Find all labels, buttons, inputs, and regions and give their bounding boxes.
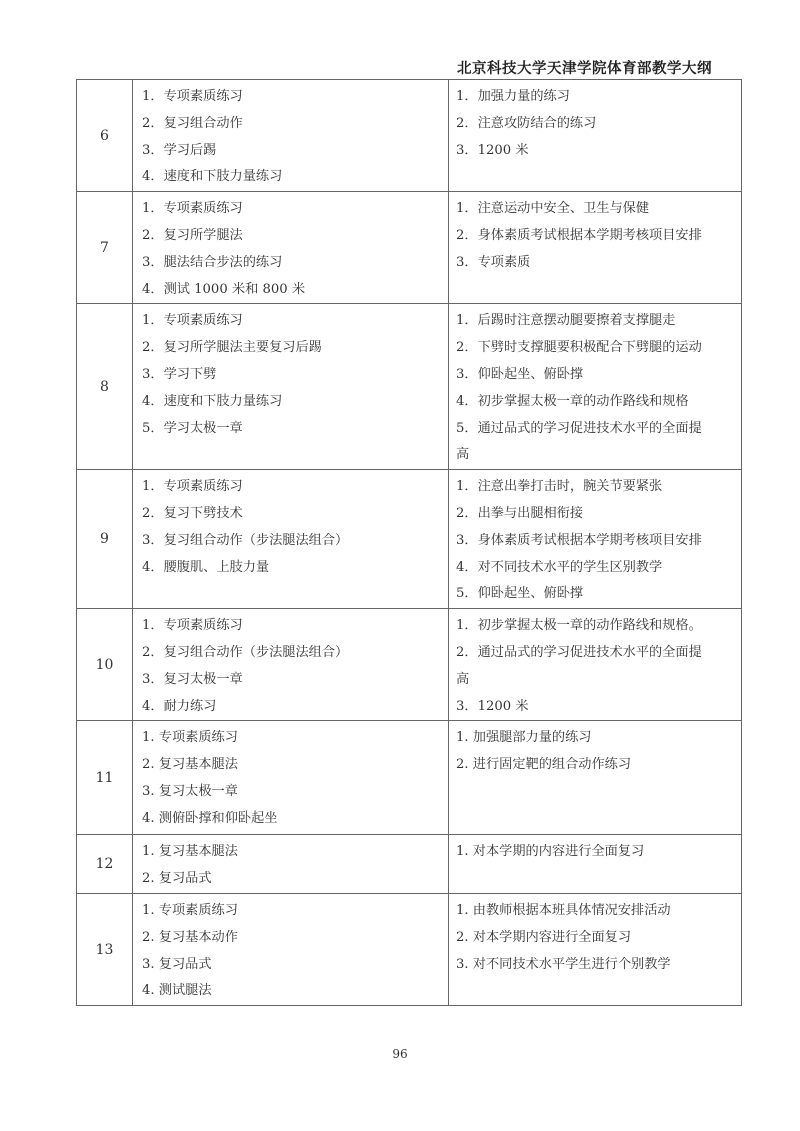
content-item: 4．速度和下肢力量练习 — [142, 164, 448, 191]
content-item: 4．耐力练习 — [142, 694, 448, 721]
teaching-content-cell: 1．专项素质练习 2．复习组合动作 3．学习后踢 4．速度和下肢力量练习 — [133, 80, 449, 192]
content-item: 2．复习下劈技术 — [142, 501, 448, 528]
week-number: 12 — [77, 835, 133, 894]
note-item: 高 — [456, 667, 741, 694]
note-item: 1. 由教师根据本班具体情况安排活动 — [456, 898, 741, 925]
content-item: 3．学习下劈 — [142, 362, 448, 389]
note-item: 2. 对本学期内容进行全面复习 — [456, 925, 741, 952]
notes-cell: 1．注意出拳打击时，腕关节要紧张 2．出拳与出腿相衔接 3．身体素质考试根据本学… — [449, 470, 742, 609]
table-row: 13 1. 专项素质练习 2. 复习基本动作 3. 复习品式 4. 测试腿法 1… — [77, 893, 742, 1005]
note-item: 2．通过品式的学习促进技术水平的全面提 — [456, 640, 741, 667]
content-item: 4．速度和下肢力量练习 — [142, 389, 448, 416]
content-item: 3．复习太极一章 — [142, 667, 448, 694]
note-item: 4．初步掌握太极一章的动作路线和规格 — [456, 389, 741, 416]
note-item: 2．身体素质考试根据本学期考核项目安排 — [456, 223, 741, 250]
content-item: 3. 复习品式 — [142, 952, 448, 979]
teaching-content-cell: 1. 专项素质练习 2. 复习基本腿法 3. 复习太极一章 4. 测俯卧撑和仰卧… — [133, 721, 449, 835]
note-item: 1. 对本学期的内容进行全面复习 — [456, 839, 741, 866]
notes-cell: 1. 对本学期的内容进行全面复习 — [449, 835, 742, 894]
notes-cell: 1．后踢时注意摆动腿要擦着支撑腿走 2．下劈时支撑腿要积极配合下劈腿的运动 3．… — [449, 304, 742, 470]
teaching-plan-table: 6 1．专项素质练习 2．复习组合动作 3．学习后踢 4．速度和下肢力量练习 1… — [76, 79, 742, 1006]
table-row: 8 1．专项素质练习 2．复习所学腿法主要复习后踢 3．学习下劈 4．速度和下肢… — [77, 304, 742, 470]
content-item: 4. 测俯卧撑和仰卧起坐 — [142, 806, 448, 833]
content-item: 4. 测试腿法 — [142, 978, 448, 1005]
teaching-content-cell: 1．专项素质练习 2．复习所学腿法主要复习后踢 3．学习下劈 4．速度和下肢力量… — [133, 304, 449, 470]
notes-cell: 1．注意运动中安全、卫生与保健 2．身体素质考试根据本学期考核项目安排 3．专项… — [449, 192, 742, 304]
note-item: 高 — [456, 442, 741, 469]
table-row: 12 1. 复习基本腿法 2. 复习品式 1. 对本学期的内容进行全面复习 — [77, 835, 742, 894]
note-item: 3．专项素质 — [456, 250, 741, 277]
week-number: 8 — [77, 304, 133, 470]
week-number: 10 — [77, 609, 133, 721]
note-item: 3．身体素质考试根据本学期考核项目安排 — [456, 528, 741, 555]
note-item: 1．后踢时注意摆动腿要擦着支撑腿走 — [456, 308, 741, 335]
content-item: 2．复习组合动作（步法腿法组合） — [142, 640, 448, 667]
note-item: 1. 加强腿部力量的练习 — [456, 725, 741, 752]
content-item: 1．专项素质练习 — [142, 474, 448, 501]
teaching-content-cell: 1. 专项素质练习 2. 复习基本动作 3. 复习品式 4. 测试腿法 — [133, 893, 449, 1005]
content-item: 2. 复习基本腿法 — [142, 752, 448, 779]
notes-cell: 1. 由教师根据本班具体情况安排活动 2. 对本学期内容进行全面复习 3. 对不… — [449, 893, 742, 1005]
teaching-content-cell: 1．专项素质练习 2．复习组合动作（步法腿法组合） 3．复习太极一章 4．耐力练… — [133, 609, 449, 721]
teaching-content-cell: 1．专项素质练习 2．复习下劈技术 3．复习组合动作（步法腿法组合） 4．腰腹肌… — [133, 470, 449, 609]
note-item: 1．注意出拳打击时，腕关节要紧张 — [456, 474, 741, 501]
table-row: 6 1．专项素质练习 2．复习组合动作 3．学习后踢 4．速度和下肢力量练习 1… — [77, 80, 742, 192]
content-item: 1．专项素质练习 — [142, 308, 448, 335]
content-item: 1. 专项素质练习 — [142, 898, 448, 925]
content-item: 1．专项素质练习 — [142, 613, 448, 640]
week-number: 13 — [77, 893, 133, 1005]
page-header: 北京科技大学天津学院体育部教学大纲 — [90, 55, 718, 80]
note-item: 3. 对不同技术水平学生进行个别教学 — [456, 952, 741, 979]
week-number: 7 — [77, 192, 133, 304]
week-number: 6 — [77, 80, 133, 192]
note-item: 2. 进行固定靶的组合动作练习 — [456, 752, 741, 779]
content-item: 2. 复习基本动作 — [142, 925, 448, 952]
week-number: 9 — [77, 470, 133, 609]
content-item: 4．腰腹肌、上肢力量 — [142, 555, 448, 582]
note-item: 1．初步掌握太极一章的动作路线和规格。 — [456, 613, 741, 640]
content-item: 2．复习所学腿法 — [142, 223, 448, 250]
content-item: 3. 复习太极一章 — [142, 779, 448, 806]
teaching-content-cell: 1．专项素质练习 2．复习所学腿法 3．腿法结合步法的练习 4．测试 1000 … — [133, 192, 449, 304]
note-item: 3．仰卧起坐、俯卧撑 — [456, 362, 741, 389]
content-item: 2. 复习品式 — [142, 866, 448, 893]
note-item: 2．注意攻防结合的练习 — [456, 111, 741, 138]
content-item: 1. 专项素质练习 — [142, 725, 448, 752]
content-item: 3．复习组合动作（步法腿法组合） — [142, 528, 448, 555]
content-item: 4．测试 1000 米和 800 米 — [142, 277, 448, 304]
content-item: 5．学习太极一章 — [142, 416, 448, 443]
note-item: 3．1200 米 — [456, 138, 741, 165]
note-item: 1．注意运动中安全、卫生与保健 — [456, 196, 741, 223]
week-number: 11 — [77, 721, 133, 835]
note-item: 5．仰卧起坐、俯卧撑 — [456, 581, 741, 608]
content-item: 1. 复习基本腿法 — [142, 839, 448, 866]
note-item: 3．1200 米 — [456, 694, 741, 721]
notes-cell: 1．初步掌握太极一章的动作路线和规格。 2．通过品式的学习促进技术水平的全面提 … — [449, 609, 742, 721]
teaching-content-cell: 1. 复习基本腿法 2. 复习品式 — [133, 835, 449, 894]
table-row: 9 1．专项素质练习 2．复习下劈技术 3．复习组合动作（步法腿法组合） 4．腰… — [77, 470, 742, 609]
page-number: 96 — [0, 1047, 800, 1061]
table-row: 7 1．专项素质练习 2．复习所学腿法 3．腿法结合步法的练习 4．测试 100… — [77, 192, 742, 304]
content-item: 2．复习组合动作 — [142, 111, 448, 138]
notes-cell: 1．加强力量的练习 2．注意攻防结合的练习 3．1200 米 — [449, 80, 742, 192]
note-item: 5．通过品式的学习促进技术水平的全面提 — [456, 416, 741, 443]
content-item: 1．专项素质练习 — [142, 196, 448, 223]
note-item: 1．加强力量的练习 — [456, 84, 741, 111]
content-item: 3．学习后踢 — [142, 138, 448, 165]
notes-cell: 1. 加强腿部力量的练习 2. 进行固定靶的组合动作练习 — [449, 721, 742, 835]
table-row: 11 1. 专项素质练习 2. 复习基本腿法 3. 复习太极一章 4. 测俯卧撑… — [77, 721, 742, 835]
note-item: 4．对不同技术水平的学生区别教学 — [456, 555, 741, 582]
content-item: 2．复习所学腿法主要复习后踢 — [142, 335, 448, 362]
content-item: 3．腿法结合步法的练习 — [142, 250, 448, 277]
note-item: 2．下劈时支撑腿要积极配合下劈腿的运动 — [456, 335, 741, 362]
content-item: 1．专项素质练习 — [142, 84, 448, 111]
note-item: 2．出拳与出腿相衔接 — [456, 501, 741, 528]
document-title: 北京科技大学天津学院体育部教学大纲 — [457, 57, 712, 78]
table-row: 10 1．专项素质练习 2．复习组合动作（步法腿法组合） 3．复习太极一章 4．… — [77, 609, 742, 721]
